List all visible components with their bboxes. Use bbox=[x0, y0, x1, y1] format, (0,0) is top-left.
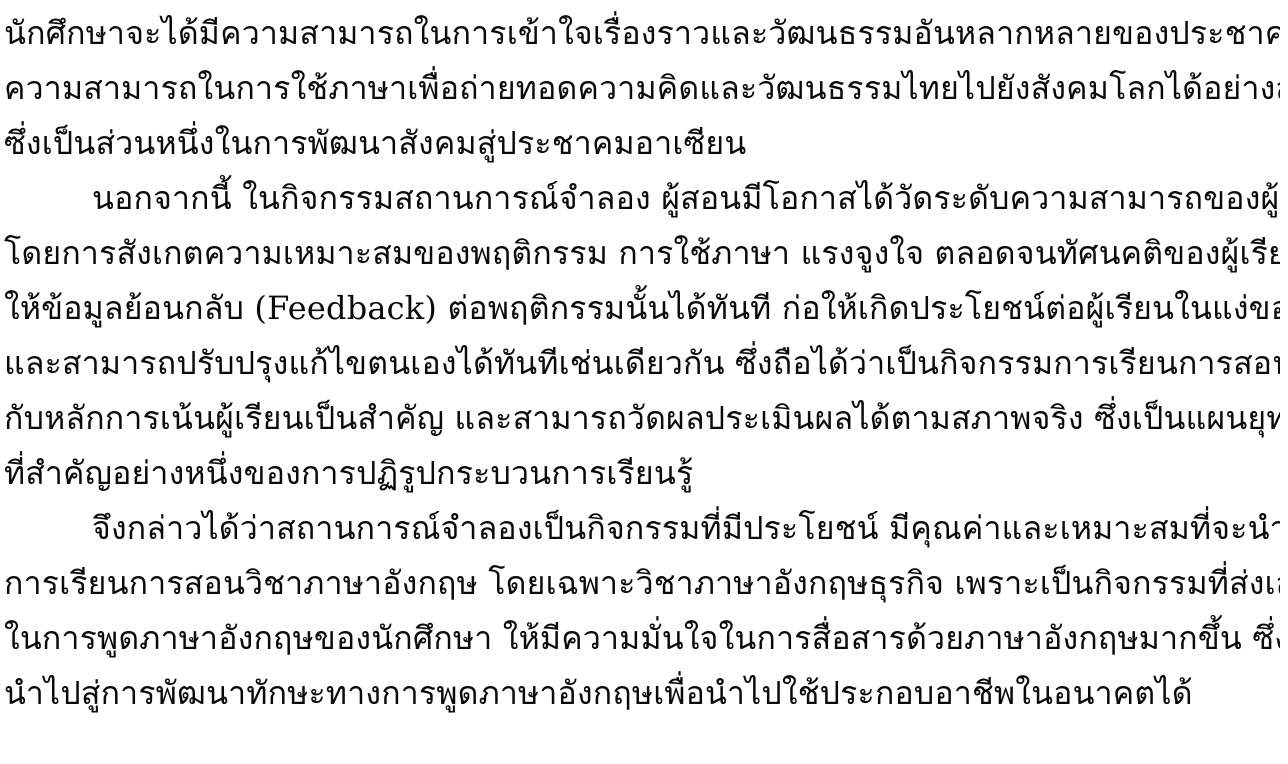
text-line: ที่สำคัญอย่างหนึ่งของการปฏิรูปกระบวนการเ… bbox=[4, 446, 1280, 501]
paragraph-2: นอกจากนี้ ในกิจกรรมสถานการณ์จำลอง ผู้สอน… bbox=[4, 171, 1280, 501]
paragraph-1: นักศึกษาจะได้มีความสามารถในการเข้าใจเรื่… bbox=[4, 6, 1280, 171]
text-line: และสามารถปรับปรุงแก้ไขตนเองได้ทันทีเช่นเ… bbox=[4, 336, 1280, 391]
text-line: นักศึกษาจะได้มีความสามารถในการเข้าใจเรื่… bbox=[4, 6, 1280, 61]
text-line: การเรียนการสอนวิชาภาษาอังกฤษ โดยเฉพาะวิช… bbox=[4, 556, 1280, 611]
text-line: โดยการสังเกตความเหมาะสมของพฤติกรรม การใช… bbox=[4, 226, 1280, 281]
text-line: จึงกล่าวได้ว่าสถานการณ์จำลองเป็นกิจกรรมท… bbox=[4, 501, 1280, 556]
text-line: ความสามารถในการใช้ภาษาเพื่อถ่ายทอดความคิ… bbox=[4, 61, 1280, 116]
paragraph-3: จึงกล่าวได้ว่าสถานการณ์จำลองเป็นกิจกรรมท… bbox=[4, 501, 1280, 721]
text-line: นำไปสู่การพัฒนาทักษะทางการพูดภาษาอังกฤษเ… bbox=[4, 666, 1280, 721]
text-line: นอกจากนี้ ในกิจกรรมสถานการณ์จำลอง ผู้สอน… bbox=[4, 171, 1280, 226]
text-line: ในการพูดภาษาอังกฤษของนักศึกษา ให้มีความม… bbox=[4, 611, 1280, 666]
text-line: ให้ข้อมูลย้อนกลับ (Feedback) ต่อพฤติกรรม… bbox=[4, 281, 1280, 336]
document-page: นักศึกษาจะได้มีความสามารถในการเข้าใจเรื่… bbox=[0, 0, 1288, 764]
text-line: กับหลักการเน้นผู้เรียนเป็นสำคัญ และสามาร… bbox=[4, 391, 1280, 446]
text-line: ซึ่งเป็นส่วนหนึ่งในการพัฒนาสังคมสู่ประชา… bbox=[4, 116, 1280, 171]
